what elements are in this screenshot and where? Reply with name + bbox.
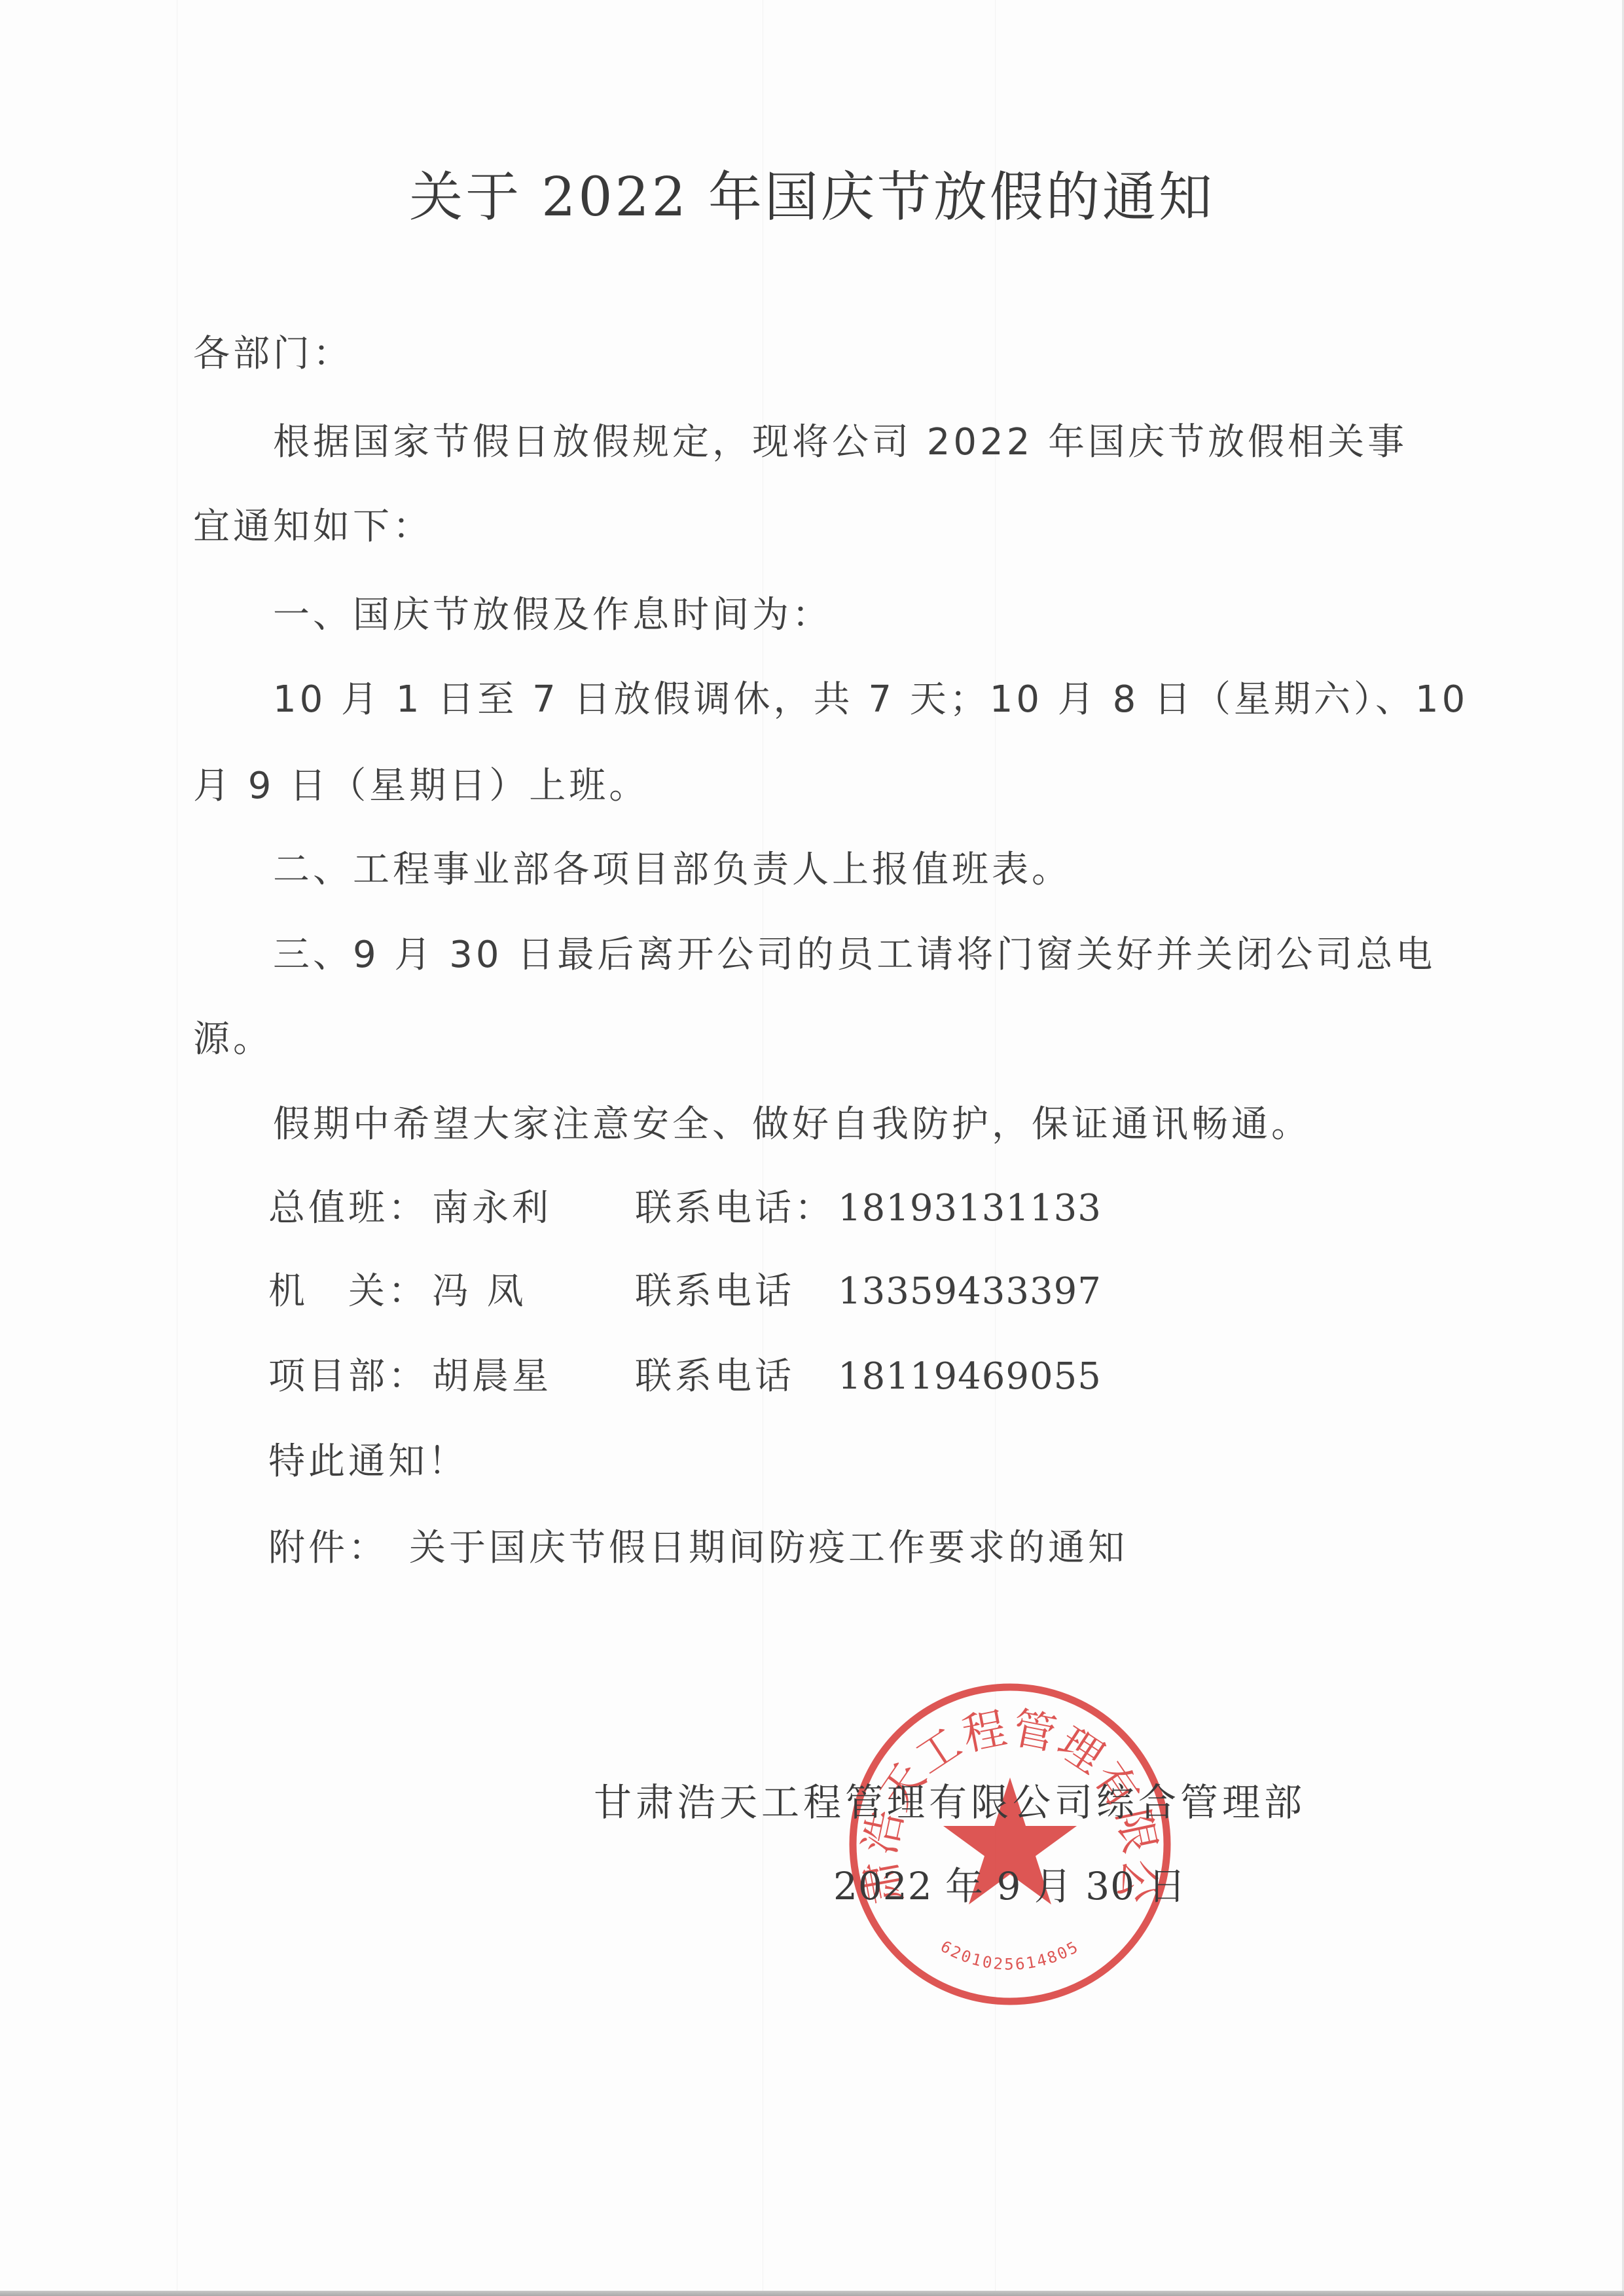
body-paragraph-line: 根据国家节假日放假规定，现将公司 2022 年国庆节放假相关事 [273,420,1407,465]
company-seal-stamp: 甘肃浩天工程管理有限公司 6201025614805 [846,1681,1174,2008]
contact-phone-label: 联系电话 [635,1354,795,1400]
attachment-row: 附件： 关于国庆节假日期间防疫工作要求的通知 [268,1525,1185,1571]
body-item-three: 三、9 月 30 日最后离开公司的员工请将门窗关好并关闭公司总电 [273,932,1435,978]
contact-row-project: 项目部： 胡晨星 联系电话 18119469055 [268,1354,1119,1400]
body-paragraph-line: 10 月 1 日至 7 日放假调休，共 7 天；10 月 8 日（星期六）、10 [273,677,1468,723]
attachment-label: 附件： [268,1525,388,1571]
salutation: 各部门： [193,331,353,377]
body-paragraph-line: 假期中希望大家注意安全、做好自我防护，保证通讯畅通。 [273,1102,1311,1148]
contact-phone: 13359433397 [838,1269,1102,1315]
body-item-two: 二、工程事业部各项目部负责人上报值班表。 [273,847,1072,893]
body-paragraph-line: 源。 [193,1017,273,1063]
body-item-one: 一、国庆节放假及作息时间为： [273,592,832,638]
scan-edge-bottom [0,2291,1624,2296]
scan-artifact-line [763,0,763,2296]
contact-row-office: 机 关： 冯 凤 联系电话 13359433397 [268,1269,1119,1315]
body-paragraph-line: 宜通知如下： [193,504,433,550]
seal-code: 6201025614805 [937,1937,1083,1974]
scan-artifact-line [177,0,177,2296]
document-title: 关于 2022 年国庆节放假的通知 [0,164,1624,232]
contact-role: 项目部： [268,1354,428,1400]
contact-name: 胡晨星 [432,1354,552,1400]
body-paragraph-line: 月 9 日（星期日）上班。 [193,763,649,809]
contact-phone: 18119469055 [838,1354,1102,1400]
contact-phone-label: 联系电话： [635,1186,835,1231]
signature-date: 2022 年 9 月 30 日 [833,1863,1187,1909]
signature-department: 甘肃浩天工程管理有限公司综合管理部 [594,1779,1306,1825]
attachment-title: 关于国庆节假日期间防疫工作要求的通知 [409,1525,1128,1571]
contact-row-duty: 总值班： 南永利 联系电话： 18193131133 [268,1186,1119,1231]
closing-text: 特此通知！ [268,1439,468,1485]
contact-name: 南永利 [432,1186,552,1231]
contact-phone-label: 联系电话 [635,1269,795,1315]
contact-role: 机 关： [268,1269,428,1315]
contact-name: 冯 凤 [432,1269,527,1315]
contact-phone: 18193131133 [838,1186,1102,1231]
contact-role: 总值班： [268,1186,428,1231]
